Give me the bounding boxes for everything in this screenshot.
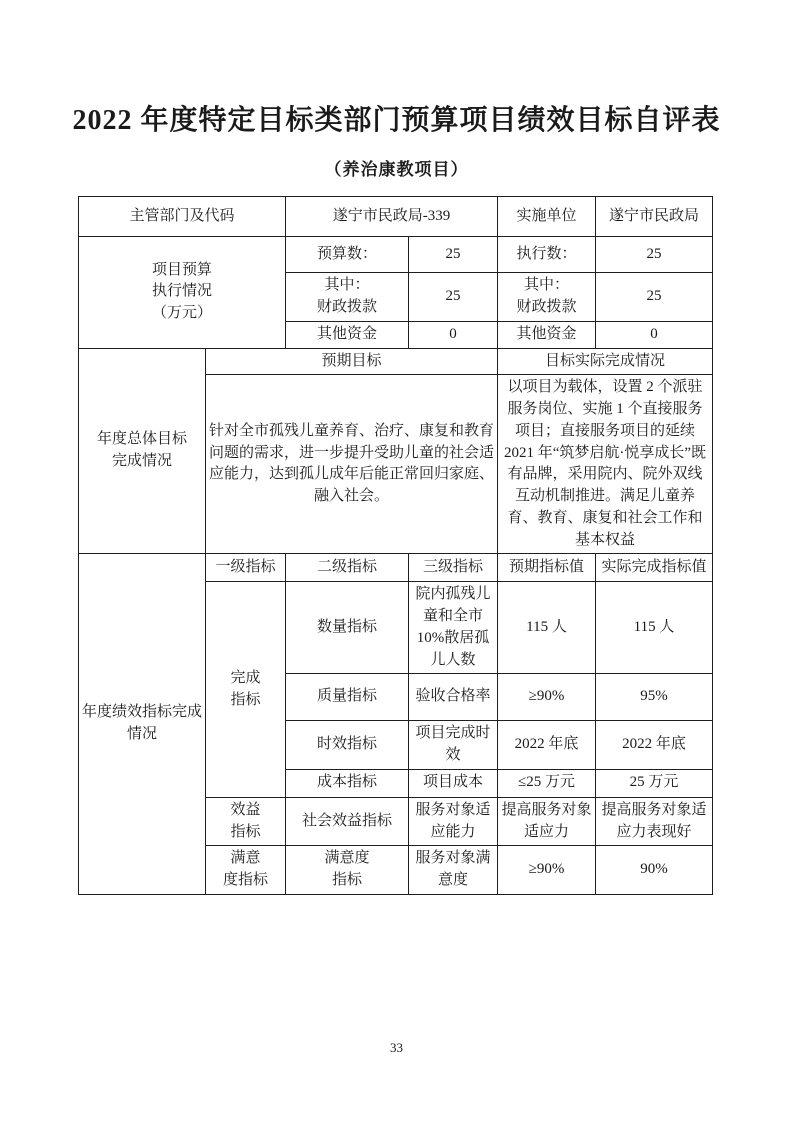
- indicator-header-expected: 预期指标值: [498, 554, 596, 582]
- budget-fiscal-label: 其中： 财政拨款: [286, 273, 409, 322]
- timeliness-indicator-label: 时效指标: [286, 721, 409, 770]
- quality-indicator-name: 验收合格率: [409, 674, 498, 721]
- exec-amount-value: 25: [596, 237, 713, 273]
- cost-actual-value: 25 万元: [596, 769, 713, 797]
- cost-indicator-label: 成本指标: [286, 769, 409, 797]
- dept-code-label: 主管部门及代码: [79, 197, 286, 237]
- level1-satisfaction-label: 满意 度指标: [206, 846, 286, 895]
- benefit-actual-value: 提高服务对象适 应力表现好: [596, 797, 713, 846]
- goal-expected-header: 预期目标: [206, 348, 498, 375]
- budget-other-value: 0: [409, 321, 498, 348]
- satisfaction-expected-value: ≥90%: [498, 846, 596, 895]
- quality-expected-value: ≥90%: [498, 674, 596, 721]
- indicator-section-label: 年度绩效指标完成 情况: [79, 554, 206, 895]
- quantity-actual-value: 115 人: [596, 582, 713, 674]
- satisfaction-indicator-name: 服务对象满 意度: [409, 846, 498, 895]
- impl-unit-label: 实施单位: [498, 197, 596, 237]
- dept-row: 主管部门及代码 遂宁市民政局-339 实施单位 遂宁市民政局: [79, 197, 713, 237]
- quantity-indicator-label: 数量指标: [286, 582, 409, 674]
- exec-other-label: 其他资金: [498, 321, 596, 348]
- level1-benefit-label: 效益 指标: [206, 797, 286, 846]
- exec-other-value: 0: [596, 321, 713, 348]
- benefit-expected-value: 提高服务对象 适应力: [498, 797, 596, 846]
- budget-row-1: 项目预算 执行情况 （万元） 预算数： 25 执行数： 25: [79, 237, 713, 273]
- indicator-header-level3: 三级指标: [409, 554, 498, 582]
- level1-completion-label: 完成 指标: [206, 582, 286, 798]
- satisfaction-actual-value: 90%: [596, 846, 713, 895]
- budget-section-label: 项目预算 执行情况 （万元）: [79, 237, 286, 349]
- page-subtitle: （养治康教项目）: [0, 155, 793, 180]
- exec-fiscal-label: 其中： 财政拨款: [498, 273, 596, 322]
- budget-other-label: 其他资金: [286, 321, 409, 348]
- timeliness-actual-value: 2022 年底: [596, 721, 713, 770]
- goal-section-label: 年度总体目标 完成情况: [79, 348, 206, 554]
- satisfaction-indicator-label: 满意度 指标: [286, 846, 409, 895]
- goal-header-row: 年度总体目标 完成情况 预期目标 目标实际完成情况: [79, 348, 713, 375]
- document-page: 2022 年度特定目标类部门预算项目绩效目标自评表 （养治康教项目） 主管部门及…: [0, 0, 793, 895]
- impl-unit-value: 遂宁市民政局: [596, 197, 713, 237]
- quantity-expected-value: 115 人: [498, 582, 596, 674]
- budget-fiscal-value: 25: [409, 273, 498, 322]
- cost-expected-value: ≤25 万元: [498, 769, 596, 797]
- indicator-header-level2: 二级指标: [286, 554, 409, 582]
- benefit-indicator-label: 社会效益指标: [286, 797, 409, 846]
- quantity-indicator-name: 院内孤残儿 童和全市 10%散居孤 儿人数: [409, 582, 498, 674]
- quality-actual-value: 95%: [596, 674, 713, 721]
- timeliness-indicator-name: 项目完成时 效: [409, 721, 498, 770]
- exec-fiscal-value: 25: [596, 273, 713, 322]
- indicator-header-row: 年度绩效指标完成 情况 一级指标 二级指标 三级指标 预期指标值 实际完成指标值: [79, 554, 713, 582]
- page-title: 2022 年度特定目标类部门预算项目绩效目标自评表: [0, 103, 793, 138]
- quality-indicator-label: 质量指标: [286, 674, 409, 721]
- exec-amount-label: 执行数：: [498, 237, 596, 273]
- indicator-header-level1: 一级指标: [206, 554, 286, 582]
- goal-expected-text: 针对全市孤残儿童养育、治疗、康复和教育问题的需求，进一步提升受助儿童的社会适应能…: [206, 375, 498, 554]
- timeliness-expected-value: 2022 年底: [498, 721, 596, 770]
- goal-actual-header: 目标实际完成情况: [498, 348, 713, 375]
- goal-actual-text: 以项目为载体，设置 2 个派驻服务岗位、实施 1 个直接服务项目；直接服务项目的…: [498, 375, 713, 554]
- dept-code-value: 遂宁市民政局-339: [286, 197, 498, 237]
- page-number: 33: [0, 1040, 793, 1056]
- budget-amount-value: 25: [409, 237, 498, 273]
- cost-indicator-name: 项目成本: [409, 769, 498, 797]
- indicator-header-actual: 实际完成指标值: [596, 554, 713, 582]
- benefit-indicator-name: 服务对象适 应能力: [409, 797, 498, 846]
- budget-amount-label: 预算数：: [286, 237, 409, 273]
- self-evaluation-table: 主管部门及代码 遂宁市民政局-339 实施单位 遂宁市民政局 项目预算 执行情况…: [78, 196, 713, 895]
